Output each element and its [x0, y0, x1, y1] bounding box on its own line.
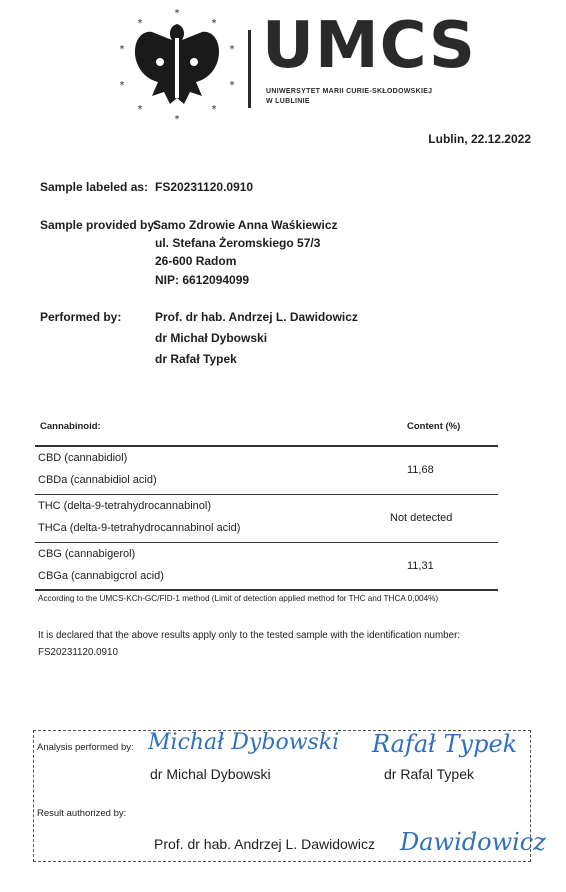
signature-typek: Rafał Typek [372, 730, 517, 758]
declaration-line-1: It is declared that the above results ap… [38, 630, 460, 641]
row-divider [35, 494, 498, 495]
row-3-a: CBG (cannabigerol) [38, 548, 135, 560]
table-header-content: Content (%) [407, 421, 460, 432]
provider-name: Samo Zdrowie Anna Waśkiewicz [153, 218, 338, 232]
table-header-rule [35, 445, 498, 447]
performer-1: Prof. dr hab. Andrzej L. Dawidowicz [155, 310, 358, 324]
umcs-logo-text: UMCS [262, 14, 476, 78]
signature-dawidowicz: Dawidowicz [400, 828, 546, 856]
row-1-b: CBDa (cannabidiol acid) [38, 474, 157, 486]
row-divider [35, 542, 498, 543]
row-2-a: THC (delta-9-tetrahydrocannabinol) [38, 500, 211, 512]
table-header-cannabinoid: Cannabinoid: [40, 421, 101, 432]
university-name: UNIWERSYTET MARII CURIE-SKŁODOWSKIEJ [266, 88, 432, 95]
svg-text:*: * [138, 104, 143, 115]
sample-provided-label: Sample provided by: [40, 218, 158, 232]
analyst-2-name: dr Rafal Typek [384, 766, 474, 782]
svg-text:*: * [230, 80, 235, 91]
row-1-a: CBD (cannabidiol) [38, 452, 127, 464]
analyst-1-name: dr Michal Dybowski [150, 766, 271, 782]
table-bottom-rule [35, 589, 498, 591]
svg-text:*: * [175, 114, 180, 122]
declaration-line-2: FS20231120.0910 [38, 647, 118, 658]
place-date: Lublin, 22.12.2022 [428, 132, 531, 146]
provider-nip: NIP: 6612094099 [155, 273, 249, 287]
svg-text:*: * [120, 44, 125, 55]
signature-dybowski: Michał Dybowski [148, 730, 339, 755]
performer-2: dr Michał Dybowski [155, 331, 267, 345]
row-3-value: 11,31 [407, 560, 434, 572]
sample-labeled-label: Sample labeled as: [40, 180, 148, 194]
authorizer-name: Prof. dr hab. Andrzej L. Dawidowicz [154, 836, 375, 852]
row-2-b: THCa (delta-9-tetrahydrocannabinol acid) [38, 522, 240, 534]
svg-text:*: * [212, 104, 217, 115]
performed-by-label: Performed by: [40, 310, 121, 324]
logo-divider [248, 30, 251, 108]
performer-3: dr Rafał Typek [155, 352, 237, 366]
svg-text:*: * [230, 44, 235, 55]
svg-text:*: * [138, 18, 143, 29]
analysis-performed-label: Analysis performed by: [37, 742, 134, 753]
row-1-value: 11,68 [407, 464, 434, 476]
row-3-b: CBGa (cannabigcrol acid) [38, 570, 164, 582]
umcs-eagle-logo-icon: * ** ** ** ** * [112, 4, 242, 122]
svg-text:*: * [175, 8, 180, 19]
provider-city: 26-600 Radom [155, 254, 236, 268]
row-2-value: Not detected [390, 512, 452, 524]
svg-text:*: * [212, 18, 217, 29]
university-city: W LUBLINIE [266, 98, 310, 105]
provider-street: ul. Stefana Żeromskiego 57/3 [155, 236, 320, 250]
svg-text:*: * [120, 80, 125, 91]
result-authorized-label: Result authorized by: [37, 808, 126, 819]
sample-labeled-value: FS20231120.0910 [155, 180, 253, 194]
method-footnote: According to the UMCS-KCh-GC/FID-1 metho… [38, 594, 438, 603]
